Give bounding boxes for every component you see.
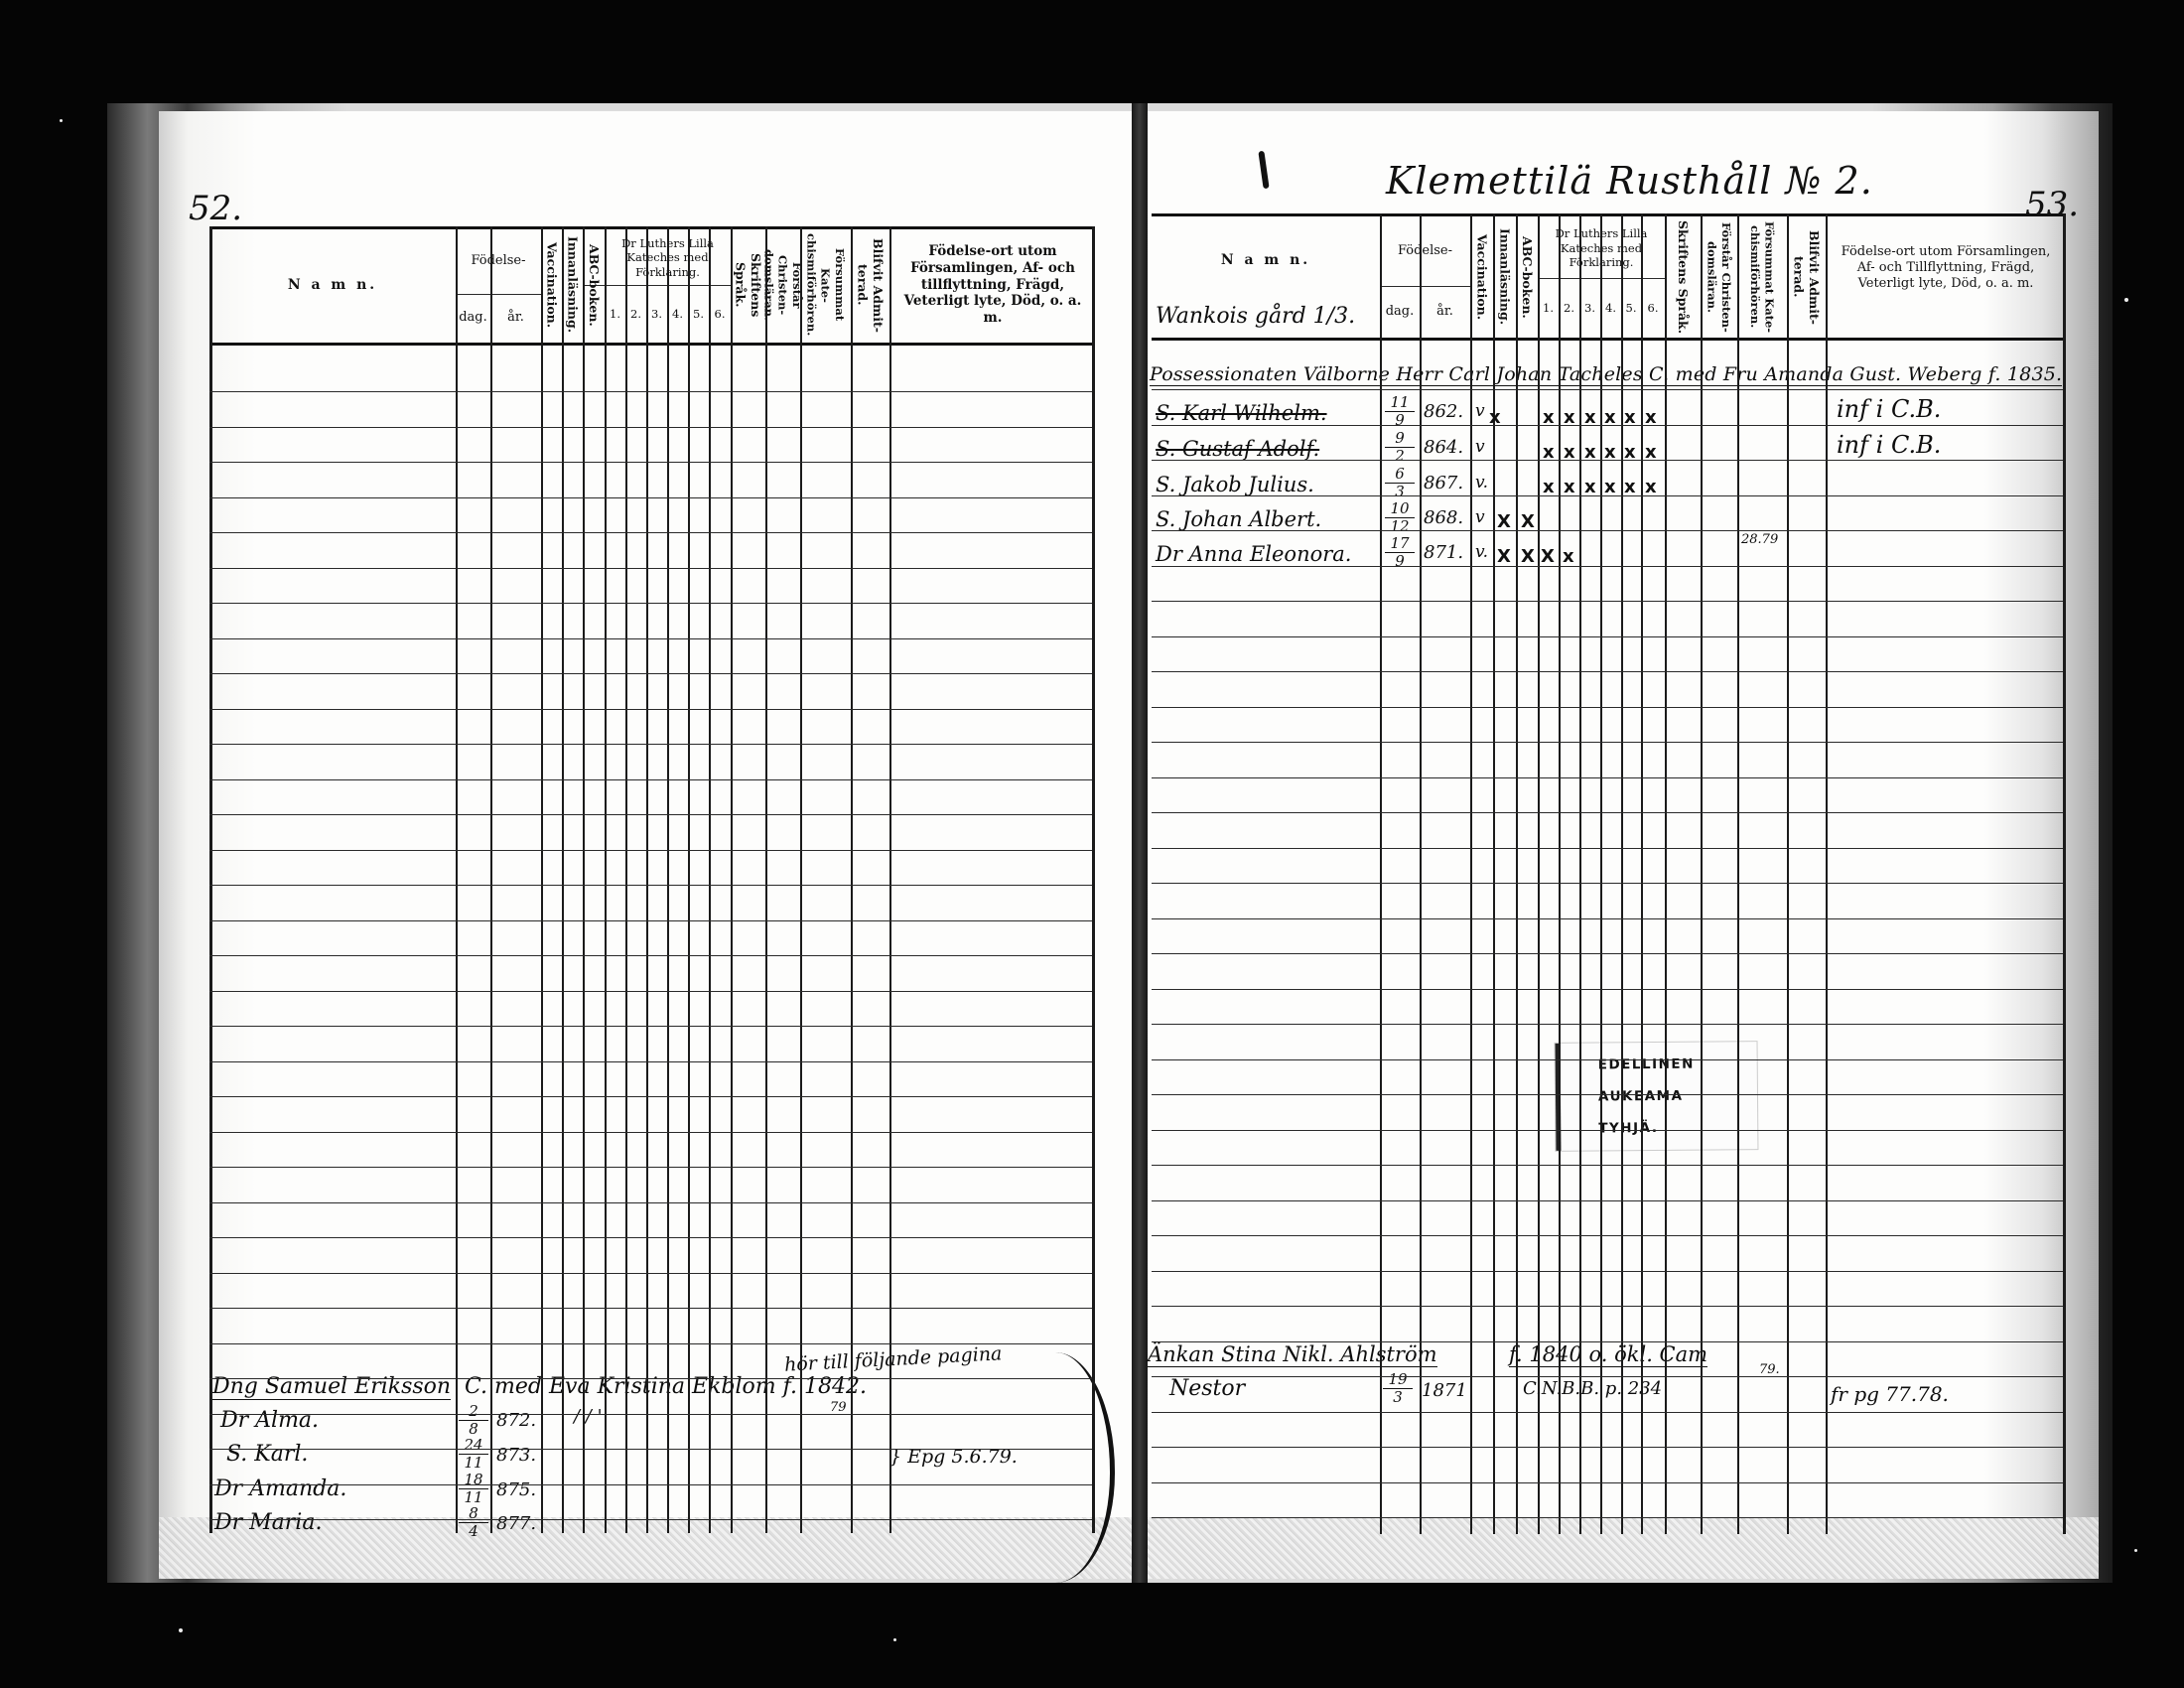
birth-year: 864.	[1424, 437, 1463, 458]
catechism-check-mark: x	[1543, 442, 1555, 463]
rule-line	[209, 885, 1092, 886]
rule-line	[1152, 812, 2063, 813]
rule-line	[1152, 1130, 2063, 1131]
rule-line	[583, 226, 585, 1533]
rule-line	[209, 427, 1092, 428]
rule-line	[1152, 1517, 2063, 1518]
rule-line	[209, 1132, 1092, 1133]
rule-line	[1152, 1376, 2063, 1377]
birth-day-month: 84	[459, 1506, 488, 1539]
rule-line	[209, 568, 1092, 569]
label-line: TYHJÄ.	[1598, 1120, 1658, 1137]
rule-line	[1152, 883, 2063, 884]
rule-line	[1701, 213, 1703, 1534]
column-header-katekes-4: 4.	[1600, 278, 1621, 338]
rule-line	[1152, 918, 2063, 919]
rule-line	[1826, 213, 1828, 1534]
rule-line	[688, 226, 690, 1533]
rule-line	[1152, 1412, 2063, 1413]
column-header-katekes-6: 6.	[1641, 278, 1665, 338]
birth-day-month: 1811	[459, 1473, 488, 1505]
column-header-dag: dag.	[1380, 286, 1420, 338]
catechism-check-mark: x	[1604, 477, 1616, 497]
rule-line	[800, 226, 802, 1533]
column-header-katekes-4: 4.	[667, 285, 688, 343]
rule-line	[1641, 213, 1643, 1534]
household-head-entry: Possessionaten Välborne Herr Carl Johan …	[1150, 363, 2062, 386]
rule-line	[209, 1449, 1092, 1450]
column-header-abc-boken: ABC-boken.	[1516, 218, 1538, 336]
rule-line	[605, 226, 607, 1533]
widow-entry-note: fr pg 77.78.	[1831, 1382, 1949, 1406]
rule-line	[209, 1202, 1092, 1203]
rule-line	[1152, 1094, 2063, 1095]
catechism-check-mark: X	[1521, 511, 1535, 532]
rule-line	[541, 226, 543, 1533]
rule-line	[1152, 671, 2063, 672]
column-header-abc-boken: ABC-boken.	[583, 230, 605, 340]
rule-line	[209, 462, 1092, 463]
column-header-skriftens-sprak: Skriftens Språk.	[731, 230, 765, 340]
column-header-katekes-5: 5.	[688, 285, 709, 343]
rule-line	[1152, 389, 2063, 390]
rule-line	[1152, 848, 2063, 849]
catechism-check-mark: x	[1543, 407, 1555, 428]
catechism-check-mark: x	[1584, 407, 1596, 428]
rule-line	[1787, 213, 1789, 1534]
rule-line	[209, 1096, 1092, 1097]
catechism-check-mark: x	[1584, 442, 1596, 463]
column-header-katekes-1: 1.	[1538, 278, 1559, 338]
entry-name: S. Karl.	[226, 1442, 308, 1467]
catechism-check-mark: x	[1645, 477, 1657, 497]
film-speck	[179, 1628, 183, 1632]
rule-line	[209, 850, 1092, 851]
rule-line	[1152, 1165, 2063, 1166]
rule-line	[209, 991, 1092, 992]
rule-line	[1737, 213, 1739, 1534]
rule-line	[1152, 601, 2063, 602]
farm-subtitle: Wankois gård 1/3.	[1156, 304, 1355, 329]
column-header-katekes-3: 3.	[646, 285, 667, 343]
widow-entry-small-note: 79.	[1759, 1362, 1780, 1377]
birth-year: 867.	[1424, 473, 1463, 493]
column-header-dag: dag.	[456, 294, 490, 343]
rule-line	[209, 1414, 1092, 1415]
rule-line	[456, 226, 458, 1533]
rule-line	[209, 1343, 1092, 1344]
entry-name: Dr Alma.	[220, 1408, 319, 1433]
rule-line	[1579, 213, 1581, 1534]
rule-line	[1152, 989, 2063, 990]
rule-line	[1380, 213, 1382, 1534]
rule-line	[1152, 707, 2063, 708]
rule-line	[209, 1167, 1092, 1168]
column-header-innanlasning: Innanläsning.	[1493, 218, 1516, 336]
rule-line	[209, 709, 1092, 710]
rule-line	[851, 226, 853, 1533]
catechism-check-mark: x	[1564, 442, 1575, 463]
rule-line	[1470, 213, 1472, 1534]
column-header-admitterad: Blifvit Admit-terad.	[851, 230, 889, 340]
rule-line	[209, 814, 1092, 815]
column-header-fodelse: Födelse-	[1380, 216, 1470, 286]
birth-year: 875.	[496, 1479, 536, 1500]
rule-line	[1152, 777, 2063, 778]
column-header-forsummat: Försummat Kate-chismiförhören.	[1737, 218, 1787, 336]
catechism-check-mark: x	[1564, 477, 1575, 497]
rule-line	[709, 226, 711, 1533]
rule-line	[1420, 213, 1422, 1534]
rule-line	[1152, 1059, 2063, 1060]
column-header-namn: N a m n.	[1152, 216, 1380, 306]
rule-line	[209, 532, 1092, 533]
rule-line	[1665, 213, 1667, 1534]
widow-entry-sub: Nestor	[1169, 1376, 1245, 1401]
rule-line	[209, 1237, 1092, 1238]
entry-name: S. Gustaf Adolf.	[1156, 437, 1319, 461]
rule-line	[1152, 953, 2063, 954]
column-header-katekes-6: 6.	[709, 285, 731, 343]
column-header-ar: år.	[1420, 286, 1470, 338]
book-spine	[1132, 103, 1148, 1583]
film-speck	[2124, 298, 2128, 302]
rule-line	[1152, 1200, 2063, 1201]
column-header-vaccination: Vaccination.	[1470, 218, 1493, 336]
catechism-check-mark: x	[1604, 407, 1616, 428]
film-speck	[2134, 1549, 2137, 1552]
rule-line	[1152, 1447, 2063, 1448]
rule-line	[209, 638, 1092, 639]
birth-day-month: 2411	[459, 1438, 488, 1471]
catechism-check-mark: x	[1624, 442, 1636, 463]
rule-line	[1152, 636, 2063, 637]
catechism-check-mark: x	[1563, 546, 1574, 567]
rule-line	[1152, 1306, 2063, 1307]
column-header-innanlasning: Innanläsning.	[562, 230, 583, 340]
film-speck	[60, 119, 63, 122]
rule-line	[209, 1061, 1092, 1062]
column-header-skriftens-sprak: Skriftens Språk.	[1665, 218, 1701, 336]
rule-line	[1152, 530, 2063, 531]
rule-line	[1538, 213, 1540, 1534]
rule-line	[1152, 1341, 2063, 1342]
row-marks: / / '	[574, 1406, 603, 1427]
catechism-check-mark: X	[1497, 546, 1511, 567]
column-header-fodelse: Födelse-	[456, 228, 541, 294]
catechism-check-mark: x	[1624, 477, 1636, 497]
column-header-forstar: Förstår Christen-domsläran.	[765, 230, 800, 340]
column-header-fodelseort: Födelse-ort utom Församlingen, Af- och T…	[1829, 218, 2063, 318]
rule-line	[1152, 1482, 2063, 1483]
catechism-check-mark: x	[1604, 442, 1616, 463]
catechism-check-mark: x	[1584, 477, 1596, 497]
birth-year: 877.	[496, 1513, 536, 1534]
forsummat-note: 28.79	[1741, 532, 1778, 547]
catechism-check-mark: X	[1521, 546, 1535, 567]
rule-line	[889, 226, 891, 1533]
column-header-katekes-5: 5.	[1621, 278, 1641, 338]
rule-line	[2063, 213, 2066, 1534]
rule-line	[1152, 1271, 2063, 1272]
birth-day-month: 28	[459, 1404, 488, 1437]
entry-note: inf i C.B.	[1837, 431, 1941, 459]
rule-line	[1600, 213, 1602, 1534]
rule-line	[1152, 566, 2063, 567]
birth-day-month: 179	[1385, 536, 1415, 569]
rule-line	[209, 673, 1092, 674]
rule-line	[1621, 213, 1623, 1534]
film-speck	[893, 1638, 896, 1641]
vaccination-mark: v.	[1475, 542, 1488, 562]
birth-year: 871.	[1424, 542, 1463, 563]
widow-entry-name: Änkan Stina Nikl. Ahlström	[1148, 1342, 1437, 1367]
birth-year: 868.	[1424, 507, 1463, 528]
catechism-check-mark: X	[1497, 511, 1511, 532]
rule-line	[209, 1308, 1092, 1309]
rule-line	[209, 497, 1092, 498]
column-header-ar: år.	[490, 294, 541, 343]
rule-line	[209, 1026, 1092, 1027]
rule-line	[209, 955, 1092, 956]
rule-line	[209, 920, 1092, 921]
rule-line	[625, 226, 627, 1533]
rule-line	[1516, 213, 1518, 1534]
rule-line	[209, 1273, 1092, 1274]
catechism-check-mark: X	[1541, 546, 1555, 567]
column-header-katekes-3: 3.	[1579, 278, 1600, 338]
column-header-forsummat: Försummat Kate-chismiförhören.	[800, 230, 851, 340]
rule-line	[209, 226, 212, 1533]
rule-line	[1152, 1235, 2063, 1236]
rule-line	[490, 226, 492, 1533]
left-page-number: 52.	[189, 189, 242, 228]
rule-line	[209, 779, 1092, 780]
vaccination-mark: v	[1475, 401, 1485, 421]
rule-line	[667, 226, 669, 1533]
column-header-katekes-2: 2.	[1559, 278, 1579, 338]
birth-year: 862.	[1424, 401, 1463, 422]
birth-day-month: 119	[1385, 395, 1415, 428]
catechism-check-mark: x	[1624, 407, 1636, 428]
entry-name: Dr Amanda.	[214, 1477, 346, 1501]
rule-line	[1092, 226, 1095, 1533]
rule-line	[209, 391, 1092, 392]
catechism-check-mark: x	[1564, 407, 1575, 428]
entry-name: S. Jakob Julius.	[1156, 473, 1314, 496]
column-header-vaccination: Vaccination.	[541, 230, 562, 340]
column-header-fodelseort: Födelse-ort utom Församlingen, Af- och t…	[893, 230, 1092, 340]
catechism-check-mark: x	[1645, 407, 1657, 428]
rule-line	[646, 226, 648, 1533]
entry-note: inf i C.B.	[1837, 395, 1941, 423]
page-title: Klemettilä Rusthåll № 2.	[1386, 159, 1873, 203]
rule-line	[1152, 742, 2063, 743]
entry-name: Dr Anna Eleonora.	[1156, 542, 1351, 566]
rule-line	[1559, 213, 1561, 1534]
rule-line	[209, 1484, 1092, 1485]
vaccination-mark: v	[1475, 507, 1485, 527]
vaccination-mark: v.	[1475, 473, 1488, 492]
rule-line	[209, 603, 1092, 604]
catechism-check-mark: x	[1489, 407, 1501, 428]
rule-line	[209, 1378, 1092, 1379]
birth-year: 1871	[1422, 1380, 1467, 1401]
column-header-katekes-1: 1.	[605, 285, 625, 343]
rule-line	[731, 226, 733, 1533]
vaccination-mark: v	[1475, 437, 1485, 457]
rule-line	[562, 226, 564, 1533]
entry-name: Dr Maria.	[214, 1510, 322, 1535]
rule-line	[765, 226, 767, 1533]
rule-line	[209, 1519, 1092, 1520]
rule-line	[1152, 1024, 2063, 1025]
catechism-check-mark: x	[1543, 477, 1555, 497]
entry-name: S. Johan Albert.	[1156, 507, 1321, 531]
column-header-namn: N a m n.	[209, 228, 456, 343]
column-header-forstar: Förstår Christen-domsläran.	[1701, 218, 1737, 336]
entry-name: S. Karl Wilhelm.	[1156, 401, 1327, 425]
column-header-katekes-2: 2.	[625, 285, 646, 343]
rule-line	[209, 744, 1092, 745]
column-header-admitterad: Blifvit Admit-terad.	[1787, 218, 1826, 336]
catechism-check-mark: x	[1645, 442, 1657, 463]
